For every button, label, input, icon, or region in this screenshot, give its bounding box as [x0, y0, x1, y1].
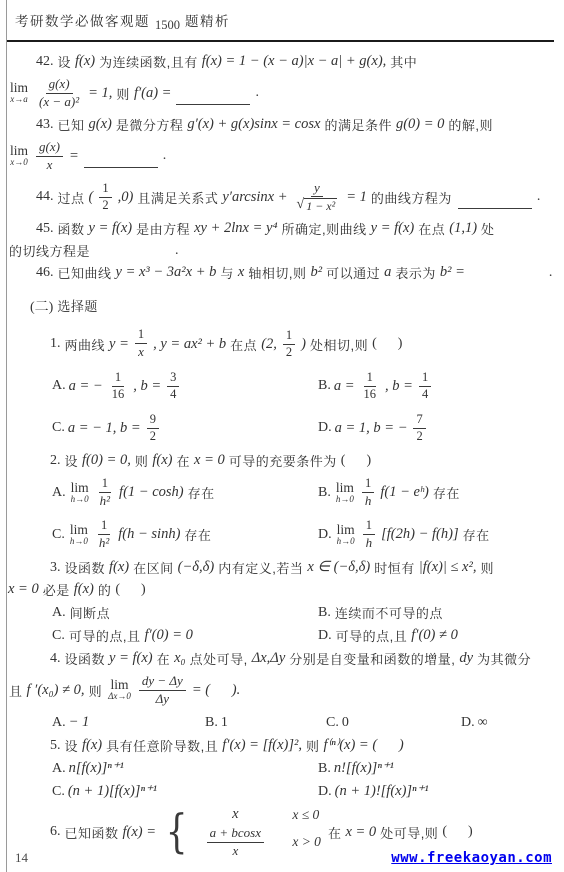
cn-text: 则 — [89, 681, 103, 700]
math-text: b² = — [440, 264, 465, 281]
answer-blank — [176, 89, 250, 105]
cn-text: 是由方程 — [136, 219, 190, 238]
option: A.a = −116, b =34 — [52, 371, 315, 402]
math-text: g(x) — [89, 116, 112, 133]
roman-text: 1 — [102, 477, 108, 491]
math-text: dy — [459, 650, 473, 667]
fraction: 92 — [147, 413, 159, 444]
math-text: f(x) — [82, 737, 102, 754]
roman-text: 16 — [364, 388, 377, 402]
math-text: y = f(x) — [89, 220, 133, 237]
fraction: 12 — [99, 182, 111, 213]
cn-text: 可导的充要条件为 — [229, 451, 337, 470]
scan-edge-line — [6, 0, 7, 872]
text-line: 且f ′(x₀) ≠ 0,则limΔx→0dy − ΔyΔy= ( ). — [0, 670, 564, 710]
roman-text: 1 — [221, 715, 228, 731]
math-text: b² — [310, 264, 322, 281]
math-text: = ( ). — [192, 682, 240, 699]
options-row: A.间断点B.连续而不可导的点 — [0, 602, 564, 623]
math-text: g(0) = 0 — [396, 116, 444, 133]
fraction: 1h² — [97, 477, 113, 508]
math-text: f′(0) ≠ 0 — [411, 627, 458, 644]
math-text: x — [232, 806, 238, 823]
cn-text: 具有任意阶导数,且 — [106, 736, 218, 755]
roman-text: 44. — [36, 189, 54, 205]
text-line: limx→0g(x)x=. — [0, 136, 564, 176]
numerator: a + bcosx — [207, 826, 264, 842]
lim-subscript: h→0 — [337, 537, 355, 547]
cn-text: 其中 — [390, 52, 417, 71]
numerator: 1 — [99, 182, 111, 198]
math-text: |f(x)| ≤ x², — [419, 559, 477, 576]
math-text: (−δ,δ) — [178, 559, 215, 576]
math-text: n[f(x)]ⁿ⁺¹ — [69, 760, 124, 777]
roman-text: 42. — [36, 54, 54, 70]
answer-blank — [458, 193, 532, 209]
options-row: C.limh→01h²f(h − sinh)存在D.limh→01h[f(2h)… — [0, 515, 564, 555]
cn-text: 表示为 — [395, 263, 436, 282]
limit: limh→0 — [70, 523, 88, 546]
cn-text: 已知 — [58, 115, 85, 134]
text-line: 42.设f(x)为连续函数,且有f(x) = 1 − (x − a)|x − a… — [0, 51, 564, 72]
math-text: f(x) — [74, 581, 94, 598]
denominator: 4 — [419, 387, 431, 402]
lim-word: lim — [10, 81, 28, 95]
roman-text: ( ) — [115, 582, 145, 598]
cn-text: 轴相切,则 — [248, 263, 306, 282]
limit: limx→a — [10, 81, 28, 104]
option: A.− 1 — [52, 714, 202, 731]
roman-text: 4 — [170, 388, 176, 402]
text-line: 46.已知曲线y = x³ − 3a²x + b与x轴相切,则b²可以通过a表示… — [0, 262, 564, 283]
roman-text: 46. — [36, 265, 54, 281]
fraction: 1h — [363, 519, 376, 550]
text-line: 4.设函数y = f(x)在x₀点处可导,Δx,Δy分别是自变量和函数的增量,d… — [0, 648, 564, 669]
numerator: 1 — [363, 519, 375, 535]
option: B.1 — [205, 715, 323, 731]
option: D.(n + 1)![f(x)]ⁿ⁺¹ — [318, 783, 429, 800]
math-text: a — [384, 264, 391, 281]
limit: limΔx→0 — [108, 678, 131, 701]
denominator: x — [44, 157, 56, 172]
roman-text: C. — [52, 784, 65, 800]
cn-text: 设 — [65, 736, 79, 755]
option: C.0 — [326, 715, 458, 731]
numerator: g(x) — [36, 140, 63, 156]
option: D.∞ — [461, 715, 488, 731]
fraction: 12 — [283, 329, 295, 360]
case-condition: x > 0 — [292, 834, 321, 850]
site-link[interactable]: www.freekaoyan.com — [391, 850, 552, 866]
option: A.limh→01h²f(1 − cosh)存在 — [52, 477, 315, 508]
math-text: y′arcsinx + — [222, 189, 287, 206]
cn-text: 设函数 — [65, 558, 106, 577]
denominator: h² — [96, 535, 112, 550]
cn-text: 的切线方程是 — [9, 241, 90, 260]
math-text: = 1, — [88, 85, 112, 102]
roman-text: 1 — [115, 371, 121, 385]
cn-text: 的曲线方程为 — [371, 188, 452, 207]
roman-text: 2. — [50, 453, 61, 469]
roman-text: 1 — [367, 371, 373, 385]
numerator: 1 — [112, 371, 124, 387]
text-line: 44.过点(12,0)且满足关系式y′arcsinx +y√1 − x²= 1的… — [0, 177, 564, 217]
fraction: 116 — [109, 371, 128, 402]
fraction: g(x)x — [36, 140, 63, 172]
math-text: x₀ — [174, 650, 185, 667]
denominator: √1 − x² — [294, 197, 341, 213]
text-line: 3.设函数f(x)在区间(−δ,δ)内有定义,若当x ∈ (−δ,δ)时恒有|f… — [0, 557, 564, 578]
numerator: 1 — [98, 519, 110, 535]
case-condition: x ≤ 0 — [292, 807, 319, 823]
option: C.a = − 1, b =92 — [52, 413, 315, 444]
denominator: h — [362, 493, 375, 508]
text-line: 45.函数y = f(x)是由方程xy + 2lnx = y⁴所确定,则曲线y … — [0, 218, 564, 239]
limit: limh→0 — [71, 481, 89, 504]
cn-text: 可导的点,且 — [336, 626, 408, 645]
option: B.limh→01hf(1 − eʰ)存在 — [318, 477, 461, 508]
math-text: , b = — [385, 378, 413, 395]
math-text: (1,1) — [449, 220, 477, 237]
case-row: xx ≤ 0 — [194, 806, 321, 823]
roman-text: 5. — [50, 738, 61, 754]
math-text: x = 0 — [194, 452, 225, 469]
roman-text: 2 — [286, 346, 292, 360]
cn-text: 与 — [220, 263, 234, 282]
roman-text: . — [255, 85, 259, 101]
math-text: f′(a) = — [134, 85, 172, 102]
book-title-suffix: 题精析 — [185, 14, 230, 29]
math-text: y = f(x) — [371, 220, 415, 237]
cn-text: 在区间 — [133, 558, 174, 577]
fraction: y√1 − x² — [294, 181, 341, 213]
limit: limh→0 — [337, 523, 355, 546]
math-text: f(h − sinh) — [118, 526, 180, 543]
cn-text: 在 — [177, 451, 191, 470]
roman-text: 1 — [102, 182, 108, 196]
text-line: 1.两曲线y =1x, y = ax² + b在点(2,12)处相切,则( ) — [0, 324, 564, 364]
roman-text: 1 — [366, 519, 372, 533]
cn-text: 间断点 — [70, 603, 111, 622]
roman-text: 9 — [150, 413, 156, 427]
math-text: , y = ax² + b — [153, 336, 226, 353]
math-text: y = x³ − 3a²x + b — [116, 264, 217, 281]
cn-text: 处 — [481, 219, 495, 238]
roman-text: D. — [318, 628, 332, 644]
roman-text: 1 — [422, 371, 428, 385]
option: D.limh→01h[f(2h) − f(h)]存在 — [318, 519, 491, 550]
denominator: h² — [97, 493, 113, 508]
denominator: (x − a)² — [36, 94, 82, 109]
cn-text: 设 — [65, 451, 79, 470]
cn-text: 设 — [58, 52, 72, 71]
numerator: 1 — [419, 371, 431, 387]
lim-word: lim — [70, 523, 88, 537]
roman-text: D. — [318, 784, 332, 800]
case-expression: x — [194, 806, 276, 823]
numerator: y — [311, 181, 323, 197]
math-text: − 1 — [69, 714, 90, 731]
roman-text: 7 — [416, 413, 422, 427]
roman-text: 3. — [50, 560, 61, 576]
text-line: x = 0必是f(x)的( ) — [0, 579, 564, 600]
cn-text: 时恒有 — [374, 558, 415, 577]
math-text: h² — [100, 494, 110, 508]
roman-text: 2 — [416, 430, 422, 444]
roman-text: 2 — [150, 430, 156, 444]
math-text: h² — [99, 536, 109, 550]
roman-text: . — [163, 148, 167, 164]
math-text: g′(x) + g(x)sinx = cosx — [187, 116, 320, 133]
math-text: ( — [89, 189, 94, 206]
numerator: 1 — [99, 477, 111, 493]
cn-text: 可导的点,且 — [69, 626, 141, 645]
option: A.n[f(x)]ⁿ⁺¹ — [52, 760, 315, 777]
math-text: f′(0) = 0 — [144, 627, 192, 644]
math-text: ) — [301, 336, 306, 353]
cn-text: 已知函数 — [65, 823, 119, 842]
math-text: Δx,Δy — [252, 650, 286, 667]
radical-icon: √ — [297, 198, 305, 212]
option: A.间断点 — [52, 603, 315, 622]
cn-text: 则 — [135, 451, 149, 470]
cn-text: 选择题 — [57, 296, 98, 315]
book-page: 考研数学必做客观题1500题精析 42.设f(x)为连续函数,且有f(x) = … — [0, 0, 564, 872]
numerator: dy − Δy — [139, 674, 186, 690]
math-text: f(x) — [75, 53, 95, 70]
fraction: 34 — [167, 371, 179, 402]
cn-text: 过点 — [58, 188, 85, 207]
math-text: x — [238, 264, 244, 281]
numerator: 1 — [135, 328, 147, 344]
math-text: x ∈ (−δ,δ) — [307, 559, 370, 576]
roman-text: C. — [326, 715, 339, 731]
page-number: 14 — [15, 850, 28, 866]
fraction: 1h² — [96, 519, 112, 550]
options-row: A.n[f(x)]ⁿ⁺¹B.n![f(x)]ⁿ⁺¹ — [0, 758, 564, 779]
roman-text: D. — [461, 715, 475, 731]
option: D.a = 1, b = −72 — [318, 413, 429, 444]
roman-text: . — [549, 265, 553, 281]
denominator: 2 — [147, 429, 159, 444]
math-text: (2, — [261, 336, 277, 353]
math-text: x — [47, 158, 53, 172]
cn-text: 则 — [116, 84, 130, 103]
cn-text: 必是 — [43, 580, 70, 599]
roman-text: C. — [52, 527, 65, 543]
text-line: 43.已知g(x)是微分方程g′(x) + g(x)sinx = cosx的满足… — [0, 114, 564, 135]
cn-text: 的 — [98, 580, 112, 599]
math-text: y = — [109, 336, 129, 353]
math-text: f′(x) = [f(x)]², — [222, 737, 302, 754]
denominator: x — [135, 344, 147, 359]
roman-text: 16 — [112, 388, 125, 402]
cn-text: 存在 — [184, 525, 211, 544]
lim-word: lim — [10, 144, 28, 158]
numerator: 7 — [413, 413, 425, 429]
math-text: h — [365, 494, 372, 508]
fraction: 72 — [413, 413, 425, 444]
roman-text: B. — [318, 485, 331, 501]
roman-text: 6. — [50, 824, 61, 840]
math-text: a = − — [69, 378, 103, 395]
math-text: = — [69, 148, 79, 165]
math-text: a + bcosx — [210, 826, 261, 840]
lim-subscript: h→0 — [70, 537, 88, 547]
cn-text: 分别是自变量和函数的增量, — [289, 649, 455, 668]
math-text: f(1 − cosh) — [119, 484, 184, 501]
cn-text: 存在 — [188, 483, 215, 502]
cn-text: 存在 — [463, 525, 490, 544]
math-text: x = 0 — [345, 824, 376, 841]
page-footer: 14 www.freekaoyan.com — [15, 850, 552, 866]
math-text: , b = — [133, 378, 161, 395]
brace-icon: { — [166, 812, 188, 851]
roman-text: 1 — [101, 519, 107, 533]
cn-text: 存在 — [433, 483, 460, 502]
cn-text: 在 — [157, 649, 171, 668]
roman-text: 45. — [36, 221, 54, 237]
roman-text: 43. — [36, 117, 54, 133]
text-line: 的切线方程是. — [0, 240, 564, 261]
cn-text: 两曲线 — [65, 335, 106, 354]
denominator: Δy — [153, 691, 172, 706]
answer-blank — [96, 247, 170, 262]
roman-text: D. — [318, 420, 332, 436]
cn-text: 在点 — [230, 335, 257, 354]
denominator: h — [363, 535, 376, 550]
square-root: √1 − x² — [297, 198, 338, 213]
cn-text: 则 — [480, 558, 494, 577]
cn-text: 的解,则 — [448, 115, 493, 134]
text-line: limx→ag(x)(x − a)²= 1,则f′(a) =. — [0, 73, 564, 113]
denominator: 2 — [283, 345, 295, 360]
roman-text: (二) — [30, 296, 53, 316]
math-text: (x − a)² — [39, 95, 79, 109]
roman-text: ∞ — [478, 715, 488, 731]
options-row: C.a = − 1, b =92D.a = 1, b = −72 — [0, 408, 564, 448]
math-text: g(x) — [49, 77, 70, 91]
lim-subscript: x→0 — [10, 158, 28, 168]
roman-text: A. — [52, 761, 66, 777]
math-text: f(x) — [109, 559, 129, 576]
math-text: ,0) — [118, 189, 134, 206]
denominator: 2 — [99, 198, 111, 213]
numerator: 9 — [147, 413, 159, 429]
roman-text: ( ) — [442, 824, 472, 840]
option: C.可导的点,且f′(0) = 0 — [52, 626, 315, 645]
options-row: C.(n + 1)[f(x)]ⁿ⁺¹D.(n + 1)![f(x)]ⁿ⁺¹ — [0, 781, 564, 802]
radicand: 1 − x² — [304, 198, 337, 213]
math-text: f(0) = 0, — [82, 452, 131, 469]
math-text: x = 0 — [8, 581, 39, 598]
denominator: 4 — [167, 387, 179, 402]
limit: limh→0 — [336, 481, 354, 504]
math-text: y — [314, 181, 320, 195]
math-text: (n + 1)![f(x)]ⁿ⁺¹ — [335, 783, 429, 800]
roman-text: ( ) — [341, 453, 371, 469]
math-text: [f(2h) − f(h)] — [381, 526, 458, 543]
page-header: 考研数学必做客观题1500题精析 — [0, 0, 564, 33]
numerator: 1 — [364, 371, 376, 387]
math-text: x — [138, 345, 144, 359]
math-text: h — [366, 536, 373, 550]
math-text: f(x) = 1 − (x − a)|x − a| + g(x), — [202, 53, 387, 70]
roman-text: A. — [52, 715, 66, 731]
roman-text: B. — [318, 605, 331, 621]
cn-text: 点处可导, — [190, 649, 248, 668]
lim-subscript: Δx→0 — [108, 692, 131, 702]
fraction: 1h — [362, 477, 375, 508]
option: C.limh→01h²f(h − sinh)存在 — [52, 519, 315, 550]
math-text: a = 1, b = − — [335, 420, 408, 437]
roman-text: C. — [52, 420, 65, 436]
roman-text: 2 — [102, 199, 108, 213]
math-text: f(1 − eʰ) — [380, 484, 429, 501]
roman-text: C. — [52, 628, 65, 644]
math-text: f⁽ⁿ⁾(x) = ( ) — [324, 737, 404, 754]
roman-text: B. — [205, 715, 218, 731]
answer-blank — [470, 269, 544, 284]
option: B.a =116, b =14 — [318, 371, 434, 402]
math-text: Δy — [156, 692, 169, 706]
lim-word: lim — [336, 481, 354, 495]
cn-text: 处可导,则 — [380, 823, 438, 842]
lim-word: lim — [110, 678, 128, 692]
math-text: xy + 2lnx = y⁴ — [194, 220, 277, 237]
roman-text: D. — [318, 527, 332, 543]
option: B.连续而不可导的点 — [318, 603, 444, 622]
fraction: g(x)(x − a)² — [36, 77, 82, 109]
fraction: dy − ΔyΔy — [139, 674, 186, 706]
cn-text: 在点 — [418, 219, 445, 238]
roman-text: 3 — [170, 371, 176, 385]
cn-text: 是微分方程 — [116, 115, 184, 134]
options-row: A.a = −116, b =34B.a =116, b =14 — [0, 366, 564, 406]
roman-text: 1 — [365, 477, 371, 491]
cn-text: 为连续函数,且有 — [99, 52, 198, 71]
cn-text: 的满足条件 — [324, 115, 392, 134]
cn-text: 且满足关系式 — [137, 188, 218, 207]
book-title-number: 1500 — [155, 18, 180, 32]
math-text: f(x) — [152, 452, 172, 469]
math-text: y = f(x) — [109, 650, 153, 667]
options-row: C.可导的点,且f′(0) = 0D.可导的点,且f′(0) ≠ 0 — [0, 625, 564, 646]
cn-text: 函数 — [58, 219, 85, 238]
denominator: 16 — [109, 387, 128, 402]
denominator: 2 — [413, 429, 425, 444]
roman-text: 4. — [50, 651, 61, 667]
text-line: 2.设f(0) = 0,则f(x)在x = 0可导的充要条件为( ) — [0, 450, 564, 471]
math-text: f ′(x₀) ≠ 0, — [27, 682, 85, 699]
fraction: 14 — [419, 371, 431, 402]
math-text: g(x) — [39, 140, 60, 154]
book-title-prefix: 考研数学必做客观题 — [15, 14, 150, 29]
questions-area: 42.设f(x)为连续函数,且有f(x) = 1 − (x − a)|x − a… — [0, 42, 564, 860]
lim-subscript: x→a — [10, 95, 28, 105]
option: B.n![f(x)]ⁿ⁺¹ — [318, 760, 394, 777]
cn-text: 则 — [306, 736, 320, 755]
numerator: g(x) — [46, 77, 73, 93]
lim-word: lim — [337, 523, 355, 537]
math-text: n![f(x)]ⁿ⁺¹ — [334, 760, 394, 777]
section-heading: (二)选择题 — [0, 295, 564, 316]
math-text: f(x) = — [123, 824, 157, 841]
math-text: a = — [334, 378, 355, 395]
cn-text: 为其微分 — [477, 649, 531, 668]
text-line: 5.设f(x)具有任意阶导数,且f′(x) = [f(x)]²,则f⁽ⁿ⁾(x)… — [0, 735, 564, 756]
lim-subscript: h→0 — [71, 495, 89, 505]
